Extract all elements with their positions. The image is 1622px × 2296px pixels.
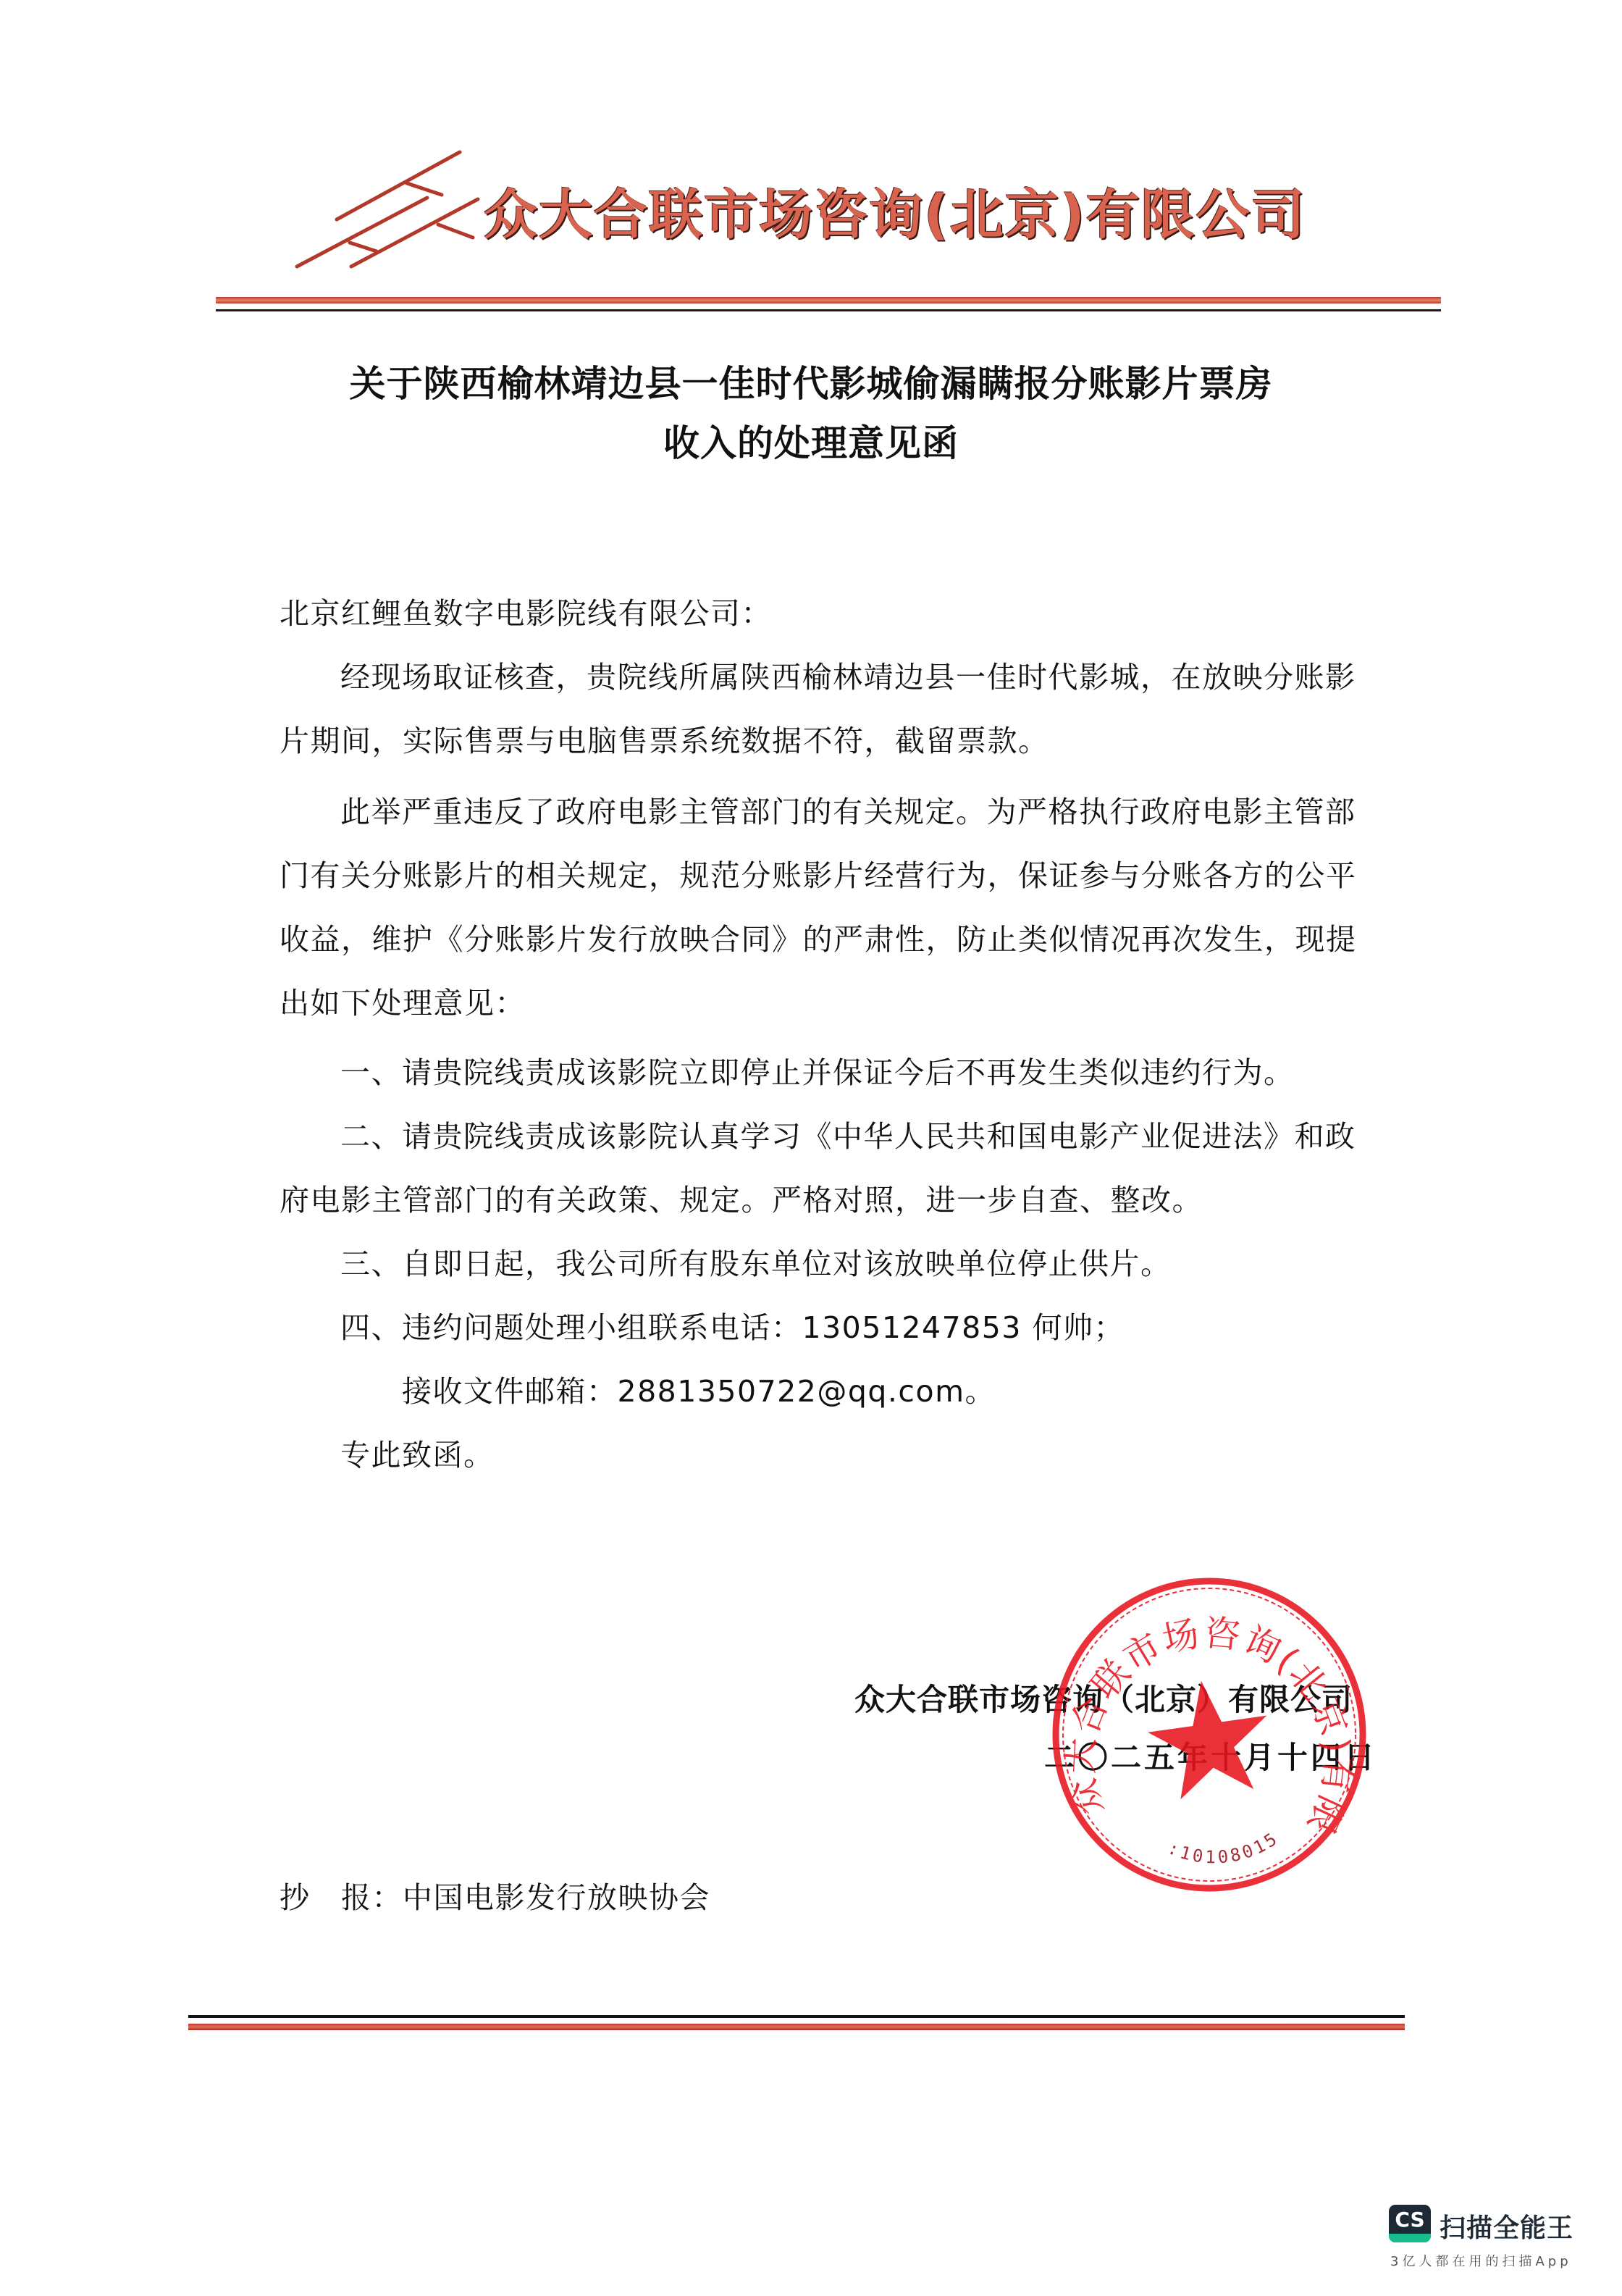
- signature-company: 众大合联市场咨询（北京）有限公司: [854, 1676, 1353, 1719]
- paragraph-1-line-2: 片期间，实际售票与电脑售票系统数据不符，截留票款。: [280, 723, 1049, 759]
- svg-text::10108015: :10108015: [1165, 1827, 1283, 1867]
- footer-red-rule: [188, 2024, 1405, 2030]
- paragraph-2-line-2: 门有关分账影片的相关规定，规范分账影片经营行为，保证参与分账各方的公平: [280, 858, 1357, 894]
- header-black-rule: [216, 309, 1441, 311]
- paragraph-2-line-3: 收益，维护《分账影片发行放映合同》的严肃性，防止类似情况再次发生，现提: [280, 921, 1357, 958]
- footer-black-rule: [188, 2015, 1405, 2018]
- letterhead-company-name: 众大合联市场咨询(北京)有限公司: [484, 172, 1306, 249]
- scanner-watermark: CS 扫描全能王 3亿人都在用的扫描App: [1389, 2202, 1606, 2282]
- paragraph-2-line-4: 出如下处理意见：: [280, 985, 526, 1021]
- item-1: 一、请贵院线责成该影院立即停止并保证今后不再发生类似违约行为。: [340, 1055, 1295, 1091]
- logo-strokes-icon: [279, 141, 482, 272]
- paragraph-2-line-1: 此举严重违反了政府电影主管部门的有关规定。为严格执行政府电影主管部: [340, 794, 1356, 830]
- document-title-line-2: 收入的处理意见函: [0, 414, 1622, 466]
- salutation: 北京红鲤鱼数字电影院线有限公司：: [280, 595, 772, 632]
- item-4-phone: 四、违约问题处理小组联系电话：13051247853 何帅；: [340, 1310, 1125, 1346]
- cc-line: 抄 报：中国电影发行放映协会: [280, 1874, 710, 1916]
- document-title-line-1: 关于陕西榆林靖边县一佳时代影城偷漏瞒报分账影片票房: [0, 355, 1622, 407]
- watermark-tagline: 3亿人都在用的扫描App: [1390, 2251, 1572, 2270]
- item-2-line-2: 府电影主管部门的有关政策、规定。严格对照，进一步自查、整改。: [280, 1182, 1203, 1218]
- signature-date: 二〇二五年十月十四日: [1044, 1734, 1377, 1777]
- item-4-email: 接收文件邮箱：2881350722@qq.com。: [402, 1373, 996, 1409]
- camscanner-logo-icon: CS: [1389, 2205, 1431, 2242]
- watermark-app-name: 扫描全能王: [1440, 2208, 1573, 2245]
- item-3: 三、自即日起，我公司所有股东单位对该放映单位停止供片。: [340, 1246, 1172, 1282]
- company-logo: [279, 141, 482, 272]
- seal-code-text: :10108015: [1165, 1827, 1283, 1867]
- item-2-line-1: 二、请贵院线责成该影院认真学习《中华人民共和国电影产业促进法》和政: [340, 1118, 1356, 1155]
- paragraph-1-line-1: 经现场取证核查，贵院线所属陕西榆林靖边县一佳时代影城，在放映分账影: [340, 659, 1356, 695]
- closing: 专此致函。: [340, 1437, 495, 1473]
- header-red-rule: [216, 297, 1441, 303]
